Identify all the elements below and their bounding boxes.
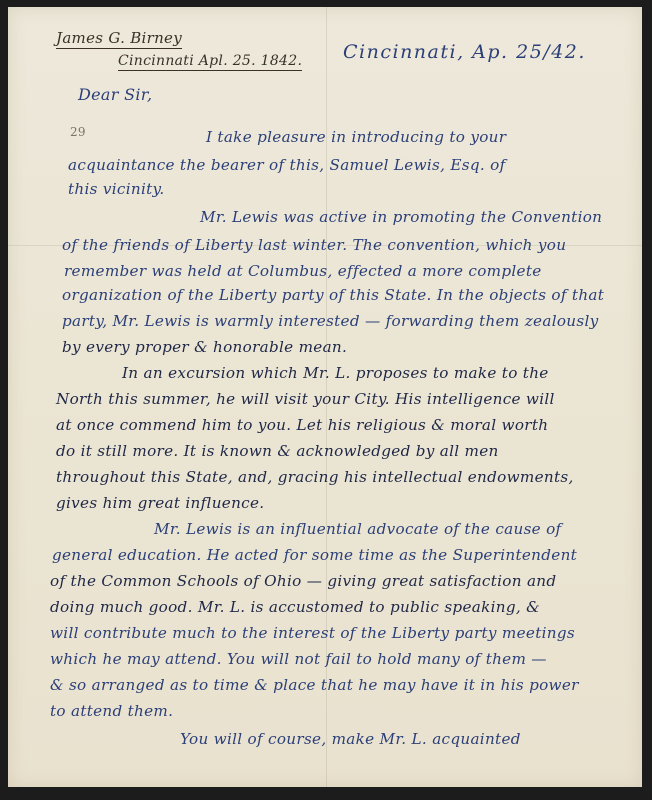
handwritten-line: acquaintance the bearer of this, Samuel … — [68, 156, 506, 174]
handwritten-line: throughout this State, and, gracing his … — [56, 468, 574, 486]
handwritten-line: doing much good. Mr. L. is accustomed to… — [50, 598, 540, 616]
handwritten-line: organization of the Liberty party of thi… — [62, 286, 604, 304]
handwritten-line: I take pleasure in introducing to your — [206, 128, 506, 146]
handwritten-line: remember was held at Columbus, effected … — [64, 262, 542, 280]
handwritten-line: general education. He acted for some tim… — [52, 546, 577, 564]
handwritten-line: North this summer, he will visit your Ci… — [56, 390, 555, 408]
handwritten-line: Mr. Lewis was active in promoting the Co… — [200, 208, 602, 226]
letter-dateline: Cincinnati, Ap. 25/42. — [343, 41, 586, 63]
handwritten-line: at once commend him to you. Let his reli… — [56, 416, 548, 434]
handwritten-line: Mr. Lewis is an influential advocate of … — [154, 520, 561, 538]
docket-name: James G. Birney — [56, 29, 182, 49]
handwritten-line: & so arranged as to time & place that he… — [50, 676, 579, 694]
handwritten-line: In an excursion which Mr. L. proposes to… — [122, 364, 549, 382]
handwritten-line: gives him great influence. — [56, 494, 264, 512]
handwritten-line: which he may attend. You will not fail t… — [50, 650, 547, 668]
handwritten-line: to attend them. — [50, 702, 173, 720]
handwritten-line: You will of course, make Mr. L. acquaint… — [180, 730, 521, 748]
handwritten-line: party, Mr. Lewis is warmly interested — … — [62, 312, 599, 330]
handwritten-line: of the friends of Liberty last winter. T… — [62, 236, 566, 254]
folio-number: 29 — [70, 125, 86, 139]
handwritten-line: by every proper & honorable mean. — [62, 338, 347, 356]
handwritten-line: this vicinity. — [68, 180, 165, 198]
handwritten-line: do it still more. It is known & acknowle… — [56, 442, 499, 460]
letter-page: James G. Birney Cincinnati Apl. 25. 1842… — [8, 7, 642, 787]
docket-place-date: Cincinnati Apl. 25. 1842. — [118, 53, 302, 71]
handwritten-line: will contribute much to the interest of … — [50, 624, 575, 642]
salutation: Dear Sir, — [78, 85, 152, 104]
handwritten-line: of the Common Schools of Ohio — giving g… — [50, 572, 556, 590]
